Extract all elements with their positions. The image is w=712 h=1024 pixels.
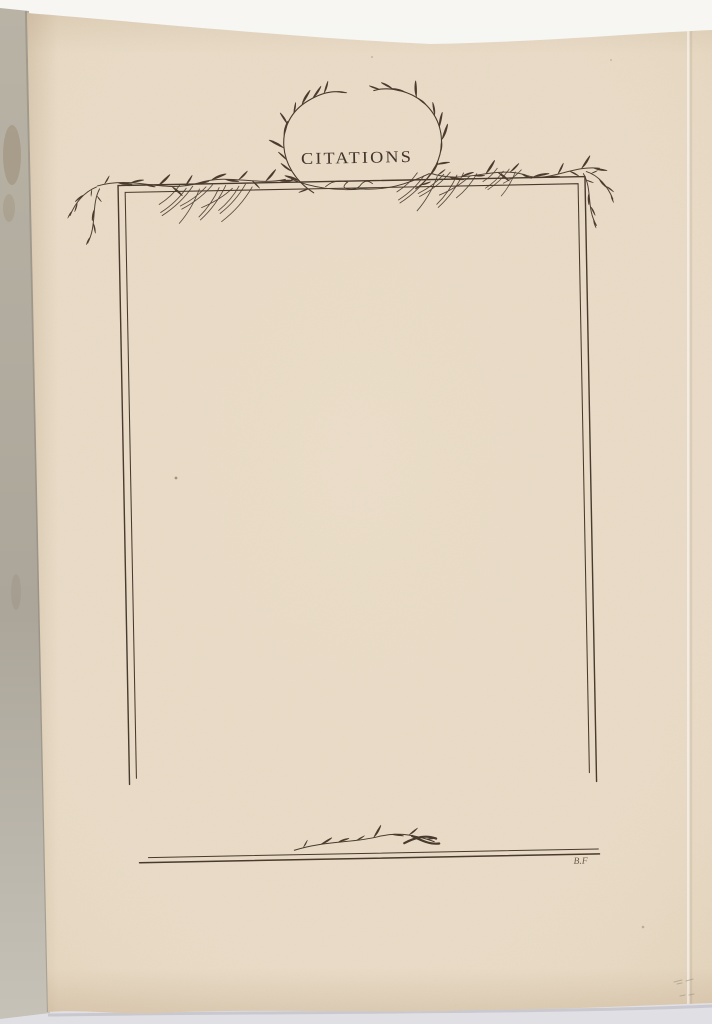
crease-line [687, 28, 690, 1008]
edge-stain [3, 194, 15, 222]
edge-stain [3, 125, 21, 185]
foxing-spot [642, 926, 645, 929]
citations-title: CITATIONS [301, 147, 413, 168]
foxing-spot [371, 56, 373, 58]
edge-stain [11, 574, 21, 610]
foxing-spot [175, 477, 178, 480]
plate-scan: CITATIONS B.F [0, 0, 712, 1024]
scanned-plate-page: CITATIONS B.F [0, 0, 712, 1024]
engraver-monogram: B.F [574, 857, 588, 867]
crease-shadow [690, 28, 693, 1008]
foxing-spot [610, 59, 612, 61]
